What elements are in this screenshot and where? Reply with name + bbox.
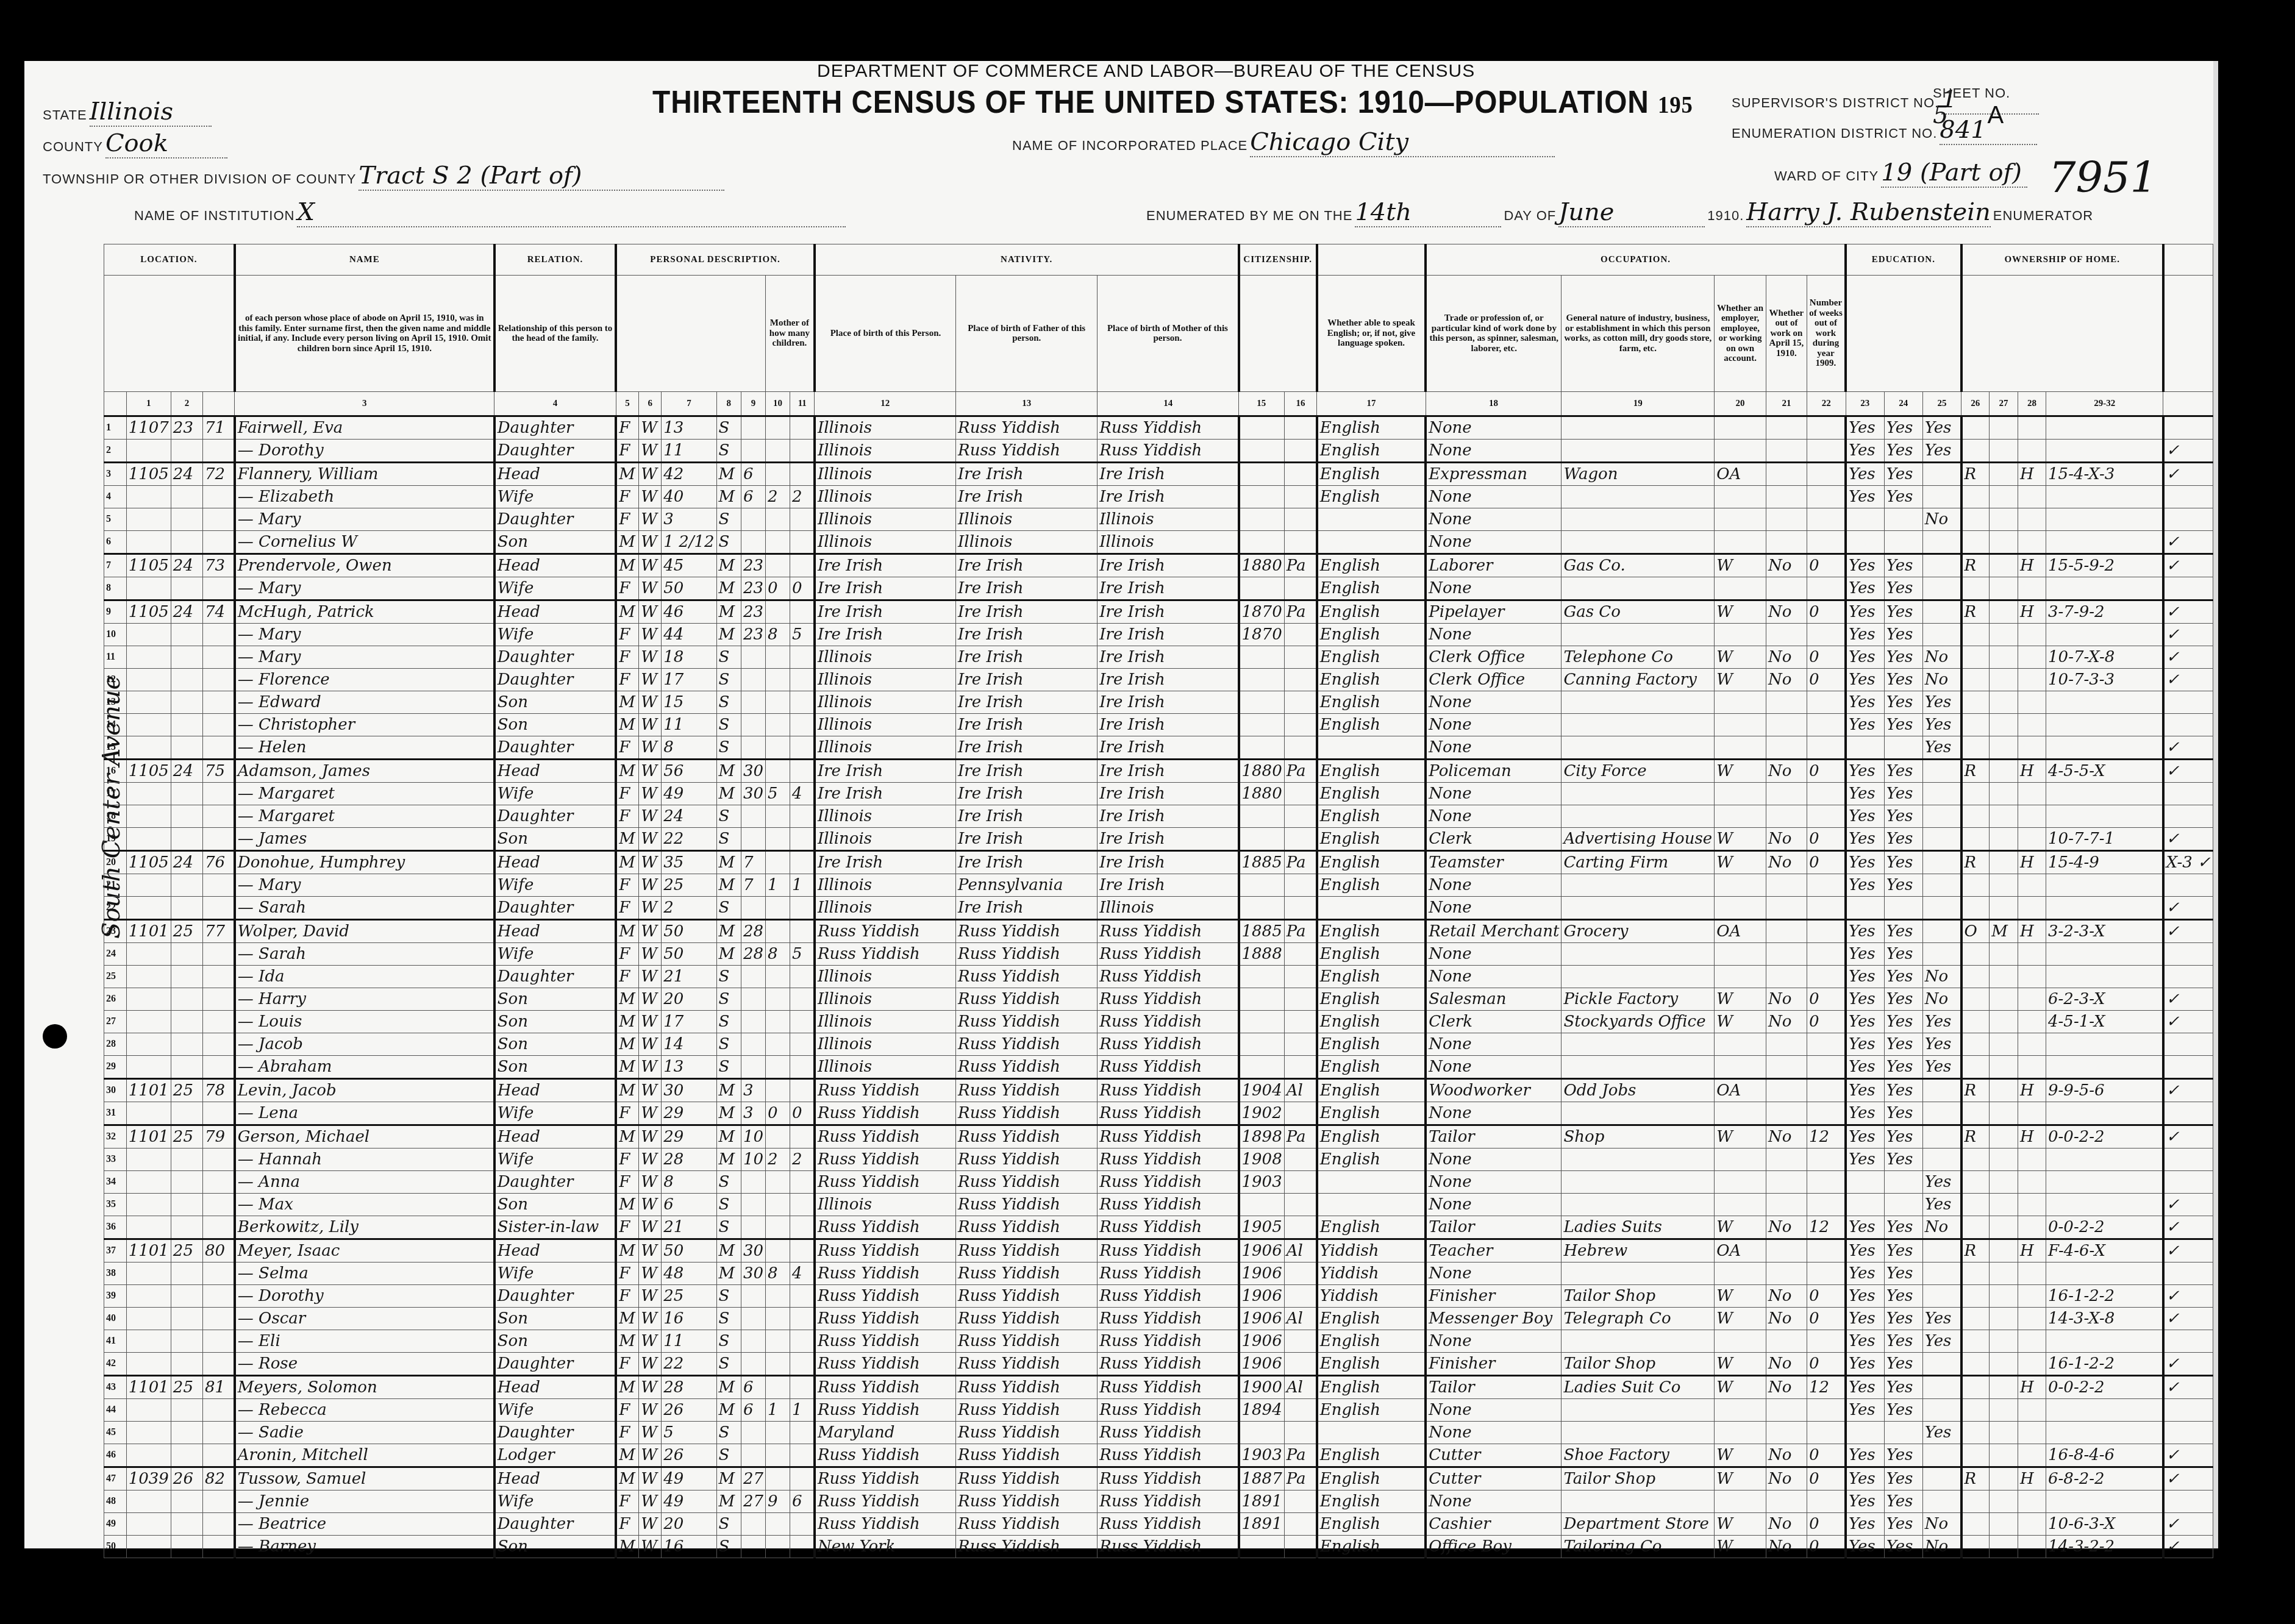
cell-industry [1562,440,1715,463]
cell-age: 8 [662,736,716,760]
cell-immig [1239,416,1285,440]
cell-read: Yes [1846,1330,1884,1353]
cell-relation: Wife [494,783,616,805]
cell-house [126,1216,171,1239]
cell-line: 41 [104,1330,127,1353]
institution-field: NAME OF INSTITUTION X [134,198,846,227]
cell-weeks [1807,691,1846,714]
cell-industry: Tailoring Co [1562,1536,1715,1558]
cell-natz [1284,1056,1317,1079]
cell-farm [2018,943,2046,966]
cell-oow [1766,714,1807,736]
cell-relation: Daughter [494,736,616,760]
cell-oow: No [1766,600,1807,624]
cell-language: English [1317,874,1426,897]
cell-bp-self: Illinois [815,531,956,554]
cell-relation: Son [494,691,616,714]
county-value: Cook [105,129,227,158]
column-number: 7 [662,392,716,416]
cell-school [1922,1376,1961,1399]
cell-farm: H [2018,851,2046,874]
cell-relation: Daughter [494,805,616,828]
cell-farm [2018,508,2046,531]
cell-race: W [639,669,662,691]
cell-house [126,783,171,805]
cell-industry [1562,714,1715,736]
cell-born [766,714,790,736]
cell-age: 3 [662,508,716,531]
cell-bp-father: Ire Irish [956,691,1098,714]
cell-trade: None [1426,897,1562,920]
cell-check: ✓ [2163,760,2213,783]
cell-bp-self: Illinois [815,988,956,1011]
cell-oow [1766,531,1807,554]
cell-sched [2046,1263,2163,1285]
cell-school: Yes [1922,1056,1961,1079]
table-row: 46Aronin, MitchellLodgerMW26SRuss Yiddis… [104,1444,2213,1467]
cell-marital: M [716,1239,741,1263]
cell-bp-self: Illinois [815,874,956,897]
cell-check: ✓ [2163,463,2213,486]
cell-dwelling: 25 [171,1239,202,1263]
column-number: 8 [716,392,741,416]
cell-name: — Helen [235,736,494,760]
cell-read [1846,736,1884,760]
cell-sex: F [616,1422,638,1444]
cell-natz [1284,1263,1317,1285]
cell-immig: 1908 [1239,1149,1285,1171]
cell-age: 11 [662,440,716,463]
cell-weeks [1807,1056,1846,1079]
cell-school: Yes [1922,714,1961,736]
cell-oow [1766,1263,1807,1285]
cell-race: W [639,1149,662,1171]
cell-read: Yes [1846,1490,1884,1513]
cell-name: — Abraham [235,1056,494,1079]
cell-weeks: 0 [1807,669,1846,691]
cell-born [766,1171,790,1194]
cell-school [1922,851,1961,874]
cell-relation: Daughter [494,646,616,669]
state-value: Illinois [90,98,212,127]
cell-school: Yes [1922,416,1961,440]
cell-yrs-married: 27 [741,1490,765,1513]
cell-oow [1766,1056,1807,1079]
cell-bp-father: Russ Yiddish [956,416,1098,440]
table-row: 3211012579Gerson, MichaelHeadMW29M10Russ… [104,1125,2213,1149]
cell-house [126,691,171,714]
cell-bp-father: Illinois [956,531,1098,554]
cell-relation: Wife [494,624,616,646]
cell-oow [1766,966,1807,988]
cell-yrs-married: 10 [741,1149,765,1171]
cell-bp-mother: Russ Yiddish [1098,1490,1239,1513]
cell-line: 29 [104,1056,127,1079]
cell-school [1922,1353,1961,1376]
cell-bp-mother: Russ Yiddish [1098,1239,1239,1263]
cell-yrs-married: 30 [741,783,765,805]
cell-born [766,1239,790,1263]
cell-emp: W [1715,1308,1766,1330]
cell-relation: Daughter [494,897,616,920]
cell-check: ✓ [2163,600,2213,624]
cell-write: Yes [1884,805,1922,828]
cell-trade: None [1426,1490,1562,1513]
cell-bp-self: Illinois [815,714,956,736]
cell-immig [1239,874,1285,897]
cell-relation: Son [494,1011,616,1033]
cell-emp [1715,440,1766,463]
cell-check: ✓ [2163,1353,2213,1376]
cell-natz [1284,1216,1317,1239]
cell-emp [1715,714,1766,736]
table-row: 18— MargaretDaughterFW24SIllinoisIre Iri… [104,805,2213,828]
column-number [202,392,234,416]
cell-weeks: 0 [1807,1536,1846,1558]
cell-sex: M [616,1033,638,1056]
cell-age: 50 [662,943,716,966]
cell-oow [1766,874,1807,897]
cell-language: English [1317,1330,1426,1353]
cell-sex: F [616,1263,638,1285]
cell-living [790,554,815,577]
cell-marital: S [716,966,741,988]
cell-name: Berkowitz, Lily [235,1216,494,1239]
cell-natz [1284,1399,1317,1422]
cell-own [1961,897,1990,920]
cell-name: McHugh, Patrick [235,600,494,624]
cell-living [790,1125,815,1149]
cell-bp-mother: Ire Irish [1098,783,1239,805]
cell-check [2163,1056,2213,1079]
cell-language: English [1317,1011,1426,1033]
cell-sex: M [616,554,638,577]
cell-trade: Teacher [1426,1239,1562,1263]
cell-born: 5 [766,783,790,805]
cell-family: 78 [202,1079,234,1102]
cell-bp-mother: Ire Irish [1098,760,1239,783]
cell-relation: Head [494,1376,616,1399]
cell-sched [2046,1330,2163,1353]
cell-emp: W [1715,554,1766,577]
cell-write: Yes [1884,828,1922,851]
cell-race: W [639,554,662,577]
cell-bp-father: Russ Yiddish [956,1056,1098,1079]
cell-own [1961,1353,1990,1376]
cell-dwelling [171,828,202,851]
personal-desc [616,276,765,392]
cell-farm [2018,1056,2046,1079]
cell-immig [1239,966,1285,988]
cell-check [2163,1490,2213,1513]
cell-trade: Messenger Boy [1426,1308,1562,1330]
cell-emp [1715,966,1766,988]
cell-bp-self: Illinois [815,1011,956,1033]
cell-family [202,691,234,714]
cell-farm: H [2018,463,2046,486]
cell-name: Meyers, Solomon [235,1376,494,1399]
cell-bp-father: Russ Yiddish [956,1149,1098,1171]
cell-dwelling [171,736,202,760]
cell-born [766,1285,790,1308]
cell-marital: M [716,463,741,486]
cell-marital: S [716,1422,741,1444]
cell-farm: H [2018,760,2046,783]
table-row: 34— AnnaDaughterFW8SRuss YiddishRuss Yid… [104,1171,2213,1194]
cell-school: Yes [1922,1033,1961,1056]
cell-language: English [1317,1216,1426,1239]
cell-check: ✓ [2163,1079,2213,1102]
cell-marital: S [716,531,741,554]
cell-weeks [1807,1422,1846,1444]
cell-trade: None [1426,691,1562,714]
cell-house: 1105 [126,600,171,624]
cell-bp-self: Russ Yiddish [815,1102,956,1125]
cell-emp [1715,624,1766,646]
cell-dwelling [171,1422,202,1444]
cell-write: Yes [1884,486,1922,508]
cell-school: Yes [1922,1422,1961,1444]
cell-free [1990,1011,2018,1033]
cell-dwelling [171,531,202,554]
out-of-work-desc: Whether out of work on April 15, 1910. [1766,276,1807,392]
cell-read [1846,531,1884,554]
cell-farm [2018,440,2046,463]
cell-natz [1284,783,1317,805]
cell-language: English [1317,1102,1426,1125]
column-number: 4 [494,392,616,416]
cell-school [1922,1149,1961,1171]
cell-school: Yes [1922,736,1961,760]
cell-house: 1107 [126,416,171,440]
cell-bp-mother: Russ Yiddish [1098,1308,1239,1330]
cell-own [1961,508,1990,531]
cell-language: English [1317,600,1426,624]
cell-free [1990,1513,2018,1536]
cell-bp-father: Russ Yiddish [956,1444,1098,1467]
cell-check: ✓ [2163,1536,2213,1558]
cell-own: R [1961,1125,1990,1149]
cell-free [1990,714,2018,736]
cell-race: W [639,1399,662,1422]
cell-trade: None [1426,1399,1562,1422]
cell-yrs-married [741,1422,765,1444]
cell-marital: S [716,1194,741,1216]
cell-oow: No [1766,1125,1807,1149]
cell-trade: None [1426,1056,1562,1079]
cell-weeks: 0 [1807,1353,1846,1376]
cell-check [2163,1171,2213,1194]
cell-weeks [1807,1149,1846,1171]
cell-age: 48 [662,1263,716,1285]
cell-emp: W [1715,1125,1766,1149]
column-number [104,392,127,416]
cell-yrs-married: 30 [741,1239,765,1263]
cell-immig [1239,1536,1285,1558]
cell-language: English [1317,669,1426,691]
cell-living [790,966,815,988]
cell-sched: 0-0-2-2 [2046,1125,2163,1149]
cell-immig [1239,669,1285,691]
cell-race: W [639,1239,662,1263]
cell-name: — Elizabeth [235,486,494,508]
cell-weeks: 12 [1807,1216,1846,1239]
cell-industry: Pickle Factory [1562,988,1715,1011]
cell-house [126,440,171,463]
cell-living [790,1216,815,1239]
cell-free [1990,1467,2018,1490]
cell-farm [2018,783,2046,805]
cell-farm: H [2018,1079,2046,1102]
cell-write: Yes [1884,1263,1922,1285]
cell-emp [1715,1102,1766,1125]
cell-immig: 1870 [1239,624,1285,646]
cell-born [766,463,790,486]
cell-born [766,646,790,669]
cell-bp-mother: Russ Yiddish [1098,440,1239,463]
cell-trade: Clerk Office [1426,646,1562,669]
cell-bp-self: Illinois [815,646,956,669]
cell-bp-mother: Russ Yiddish [1098,1011,1239,1033]
cell-write: Yes [1884,691,1922,714]
cell-line: 18 [104,805,127,828]
cell-bp-father: Ire Irish [956,828,1098,851]
cell-born [766,805,790,828]
cell-sex: M [616,760,638,783]
cell-farm [2018,1330,2046,1353]
cell-industry [1562,416,1715,440]
cell-yrs-married: 23 [741,624,765,646]
cell-bp-mother: Russ Yiddish [1098,943,1239,966]
cell-line: 10 [104,624,127,646]
cell-emp [1715,1399,1766,1422]
cell-line: 9 [104,600,127,624]
cell-natz [1284,669,1317,691]
cell-living: 0 [790,1102,815,1125]
incorporated-place-label: NAME OF INCORPORATED PLACE [1012,138,1247,153]
cell-bp-father: Russ Yiddish [956,1490,1098,1513]
cell-born [766,1308,790,1330]
cell-name: Adamson, James [235,760,494,783]
cell-sex: F [616,1102,638,1125]
cell-immig: 1891 [1239,1490,1285,1513]
cell-oow [1766,691,1807,714]
cell-read [1846,1171,1884,1194]
cell-school [1922,600,1961,624]
cell-own [1961,1308,1990,1330]
cell-read: Yes [1846,1353,1884,1376]
cell-read: Yes [1846,1308,1884,1330]
cell-age: 50 [662,577,716,600]
cell-bp-mother: Ire Irish [1098,486,1239,508]
cell-marital: M [716,943,741,966]
cell-relation: Daughter [494,669,616,691]
cell-relation: Sister-in-law [494,1216,616,1239]
cell-sched [2046,691,2163,714]
cell-age: 49 [662,1490,716,1513]
cell-family: 82 [202,1467,234,1490]
cell-sex: M [616,851,638,874]
cell-line: 30 [104,1079,127,1102]
cell-relation: Son [494,1536,616,1558]
cell-born [766,897,790,920]
cell-industry [1562,1056,1715,1079]
cell-weeks: 0 [1807,1308,1846,1330]
day-of-label: DAY OF [1504,208,1556,223]
cell-race: W [639,624,662,646]
township-field: TOWNSHIP OR OTHER DIVISION OF COUNTY Tra… [43,162,724,191]
cell-bp-father: Ire Irish [956,669,1098,691]
cell-name: — Eli [235,1330,494,1353]
cell-trade: None [1426,1149,1562,1171]
cell-name: — Jacob [235,1033,494,1056]
cell-sched: 16-1-2-2 [2046,1353,2163,1376]
cell-emp: W [1715,1011,1766,1033]
cell-weeks: 0 [1807,760,1846,783]
cell-sex: M [616,691,638,714]
cell-free [1990,760,2018,783]
cell-own [1961,486,1990,508]
cell-living [790,1422,815,1444]
cell-farm [2018,1194,2046,1216]
cell-farm [2018,1033,2046,1056]
cell-sex: M [616,531,638,554]
cell-sched [2046,736,2163,760]
table-row: 49— BeatriceDaughterFW20SRuss YiddishRus… [104,1513,2213,1536]
cell-industry [1562,1422,1715,1444]
cell-immig: 1906 [1239,1308,1285,1330]
cell-family [202,1149,234,1171]
cell-bp-father: Russ Yiddish [956,1194,1098,1216]
table-row: 28— JacobSonMW14SIllinoisRuss YiddishRus… [104,1033,2213,1056]
group-checks [2163,244,2213,276]
cell-oow [1766,805,1807,828]
cell-school [1922,1444,1961,1467]
cell-farm [2018,669,2046,691]
cell-marital: S [716,828,741,851]
cell-free [1990,897,2018,920]
cell-bp-father: Russ Yiddish [956,1536,1098,1558]
cell-write: Yes [1884,966,1922,988]
cell-write: Yes [1884,1513,1922,1536]
cell-bp-mother: Illinois [1098,531,1239,554]
table-row: 11— MaryDaughterFW18SIllinoisIre IrishIr… [104,646,2213,669]
cell-dwelling: 24 [171,851,202,874]
cell-read: Yes [1846,440,1884,463]
cell-check [2163,416,2213,440]
cell-bp-self: Russ Yiddish [815,1149,956,1171]
cell-dwelling [171,966,202,988]
cell-check [2163,714,2213,736]
cell-read: Yes [1846,1536,1884,1558]
cell-age: 22 [662,1353,716,1376]
cell-bp-self: Russ Yiddish [815,1376,956,1399]
cell-yrs-married [741,1285,765,1308]
cell-dwelling [171,1330,202,1353]
cell-sex: F [616,416,638,440]
cell-oow: No [1766,760,1807,783]
cell-bp-mother: Russ Yiddish [1098,920,1239,943]
cell-relation: Son [494,828,616,851]
cell-immig: 1898 [1239,1125,1285,1149]
table-row: 1611052475Adamson, JamesHeadMW56M30Ire I… [104,760,2213,783]
cell-bp-self: Maryland [815,1422,956,1444]
cell-relation: Daughter [494,1513,616,1536]
cell-bp-father: Russ Yiddish [956,1171,1098,1194]
cell-read: Yes [1846,1239,1884,1263]
cell-trade: None [1426,736,1562,760]
cell-own: O [1961,920,1990,943]
